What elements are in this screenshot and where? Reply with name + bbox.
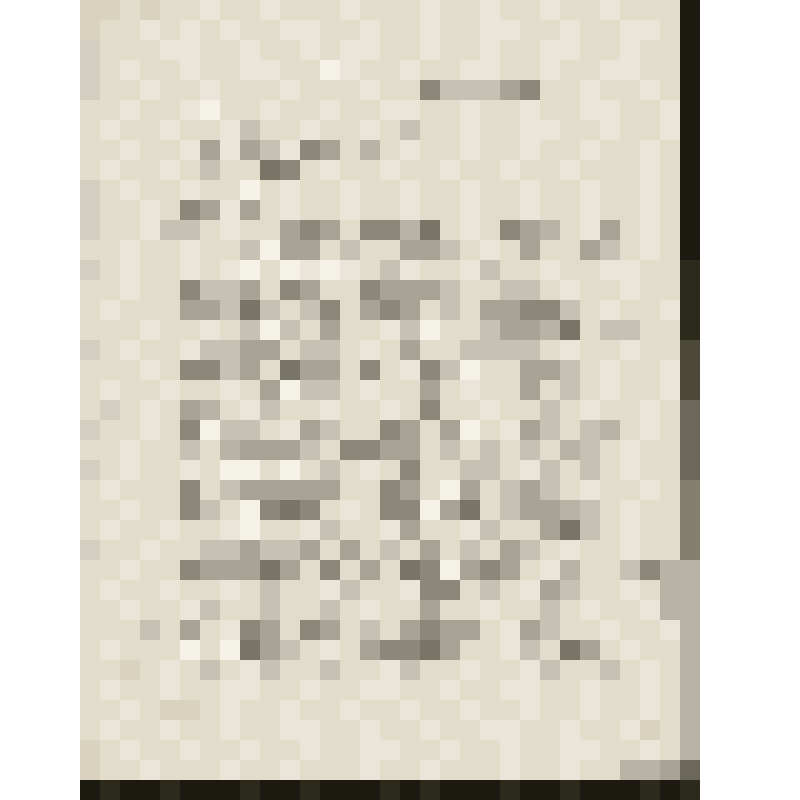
- mosaic-cell: [460, 400, 480, 420]
- mosaic-cell: [480, 0, 500, 20]
- mosaic-cell: [600, 620, 620, 640]
- mosaic-cell: [500, 680, 520, 700]
- mosaic-cell: [140, 260, 160, 280]
- mosaic-cell: [680, 240, 700, 260]
- mosaic-cell: [460, 80, 480, 100]
- mosaic-cell: [480, 480, 500, 500]
- mosaic-cell: [280, 740, 300, 760]
- mosaic-cell: [320, 40, 340, 60]
- mosaic-cell: [140, 0, 160, 20]
- mosaic-cell: [340, 480, 360, 500]
- mosaic-cell: [220, 220, 240, 240]
- mosaic-cell: [120, 480, 140, 500]
- mosaic-cell: [300, 600, 320, 620]
- mosaic-cell: [220, 580, 240, 600]
- mosaic-cell: [580, 460, 600, 480]
- mosaic-cell: [560, 460, 580, 480]
- mosaic-cell: [660, 320, 680, 340]
- mosaic-cell: [140, 340, 160, 360]
- mosaic-cell: [240, 320, 260, 340]
- mosaic-cell: [40, 280, 60, 300]
- mosaic-cell: [640, 680, 660, 700]
- mosaic-cell: [700, 220, 720, 240]
- mosaic-cell: [320, 120, 340, 140]
- mosaic-cell: [700, 720, 720, 740]
- mosaic-cell: [0, 500, 20, 520]
- mosaic-cell: [620, 400, 640, 420]
- mosaic-cell: [160, 40, 180, 60]
- mosaic-cell: [0, 40, 20, 60]
- mosaic-cell: [240, 100, 260, 120]
- mosaic-cell: [460, 500, 480, 520]
- mosaic-cell: [180, 160, 200, 180]
- mosaic-cell: [400, 100, 420, 120]
- mosaic-cell: [420, 440, 440, 460]
- mosaic-cell: [140, 300, 160, 320]
- mosaic-cell: [760, 240, 780, 260]
- mosaic-cell: [600, 220, 620, 240]
- mosaic-cell: [780, 600, 800, 620]
- mosaic-cell: [0, 320, 20, 340]
- mosaic-cell: [300, 620, 320, 640]
- mosaic-cell: [60, 640, 80, 660]
- mosaic-cell: [200, 480, 220, 500]
- mosaic-cell: [220, 20, 240, 40]
- mosaic-cell: [700, 760, 720, 780]
- mosaic-cell: [700, 420, 720, 440]
- mosaic-cell: [60, 780, 80, 800]
- mosaic-cell: [520, 180, 540, 200]
- mosaic-cell: [460, 20, 480, 40]
- mosaic-cell: [700, 780, 720, 800]
- mosaic-cell: [380, 80, 400, 100]
- mosaic-cell: [260, 300, 280, 320]
- mosaic-cell: [160, 360, 180, 380]
- mosaic-cell: [560, 200, 580, 220]
- mosaic-cell: [260, 240, 280, 260]
- mosaic-cell: [760, 760, 780, 780]
- mosaic-cell: [300, 440, 320, 460]
- mosaic-cell: [420, 560, 440, 580]
- mosaic-cell: [460, 0, 480, 20]
- mosaic-cell: [120, 600, 140, 620]
- mosaic-cell: [280, 780, 300, 800]
- mosaic-cell: [540, 740, 560, 760]
- mosaic-cell: [760, 340, 780, 360]
- mosaic-cell: [20, 80, 40, 100]
- mosaic-cell: [540, 120, 560, 140]
- mosaic-cell: [640, 500, 660, 520]
- mosaic-cell: [220, 620, 240, 640]
- mosaic-cell: [240, 420, 260, 440]
- mosaic-cell: [620, 100, 640, 120]
- mosaic-cell: [40, 480, 60, 500]
- mosaic-cell: [420, 520, 440, 540]
- mosaic-cell: [760, 100, 780, 120]
- mosaic-cell: [60, 360, 80, 380]
- mosaic-cell: [780, 380, 800, 400]
- mosaic-cell: [680, 780, 700, 800]
- mosaic-cell: [680, 520, 700, 540]
- mosaic-cell: [780, 360, 800, 380]
- mosaic-cell: [120, 300, 140, 320]
- mosaic-cell: [140, 460, 160, 480]
- mosaic-cell: [500, 260, 520, 280]
- mosaic-cell: [480, 340, 500, 360]
- mosaic-cell: [120, 640, 140, 660]
- mosaic-cell: [360, 300, 380, 320]
- mosaic-cell: [280, 160, 300, 180]
- mosaic-cell: [20, 680, 40, 700]
- mosaic-cell: [580, 640, 600, 660]
- mosaic-cell: [220, 520, 240, 540]
- mosaic-cell: [580, 340, 600, 360]
- mosaic-cell: [0, 360, 20, 380]
- mosaic-cell: [40, 500, 60, 520]
- mosaic-cell: [100, 400, 120, 420]
- mosaic-cell: [720, 320, 740, 340]
- mosaic-cell: [340, 460, 360, 480]
- mosaic-cell: [640, 260, 660, 280]
- mosaic-cell: [620, 520, 640, 540]
- mosaic-cell: [160, 640, 180, 660]
- mosaic-cell: [280, 220, 300, 240]
- mosaic-cell: [440, 160, 460, 180]
- mosaic-cell: [0, 640, 20, 660]
- mosaic-cell: [540, 760, 560, 780]
- mosaic-cell: [100, 460, 120, 480]
- mosaic-cell: [620, 200, 640, 220]
- mosaic-cell: [220, 440, 240, 460]
- mosaic-cell: [120, 220, 140, 240]
- mosaic-cell: [0, 520, 20, 540]
- mosaic-cell: [360, 400, 380, 420]
- mosaic-cell: [580, 280, 600, 300]
- mosaic-cell: [240, 540, 260, 560]
- mosaic-cell: [660, 720, 680, 740]
- mosaic-cell: [280, 60, 300, 80]
- mosaic-cell: [0, 120, 20, 140]
- mosaic-cell: [380, 120, 400, 140]
- mosaic-cell: [540, 280, 560, 300]
- mosaic-cell: [740, 220, 760, 240]
- mosaic-cell: [400, 40, 420, 60]
- mosaic-cell: [520, 720, 540, 740]
- mosaic-cell: [140, 420, 160, 440]
- mosaic-cell: [40, 0, 60, 20]
- mosaic-cell: [520, 740, 540, 760]
- mosaic-cell: [220, 160, 240, 180]
- mosaic-cell: [460, 340, 480, 360]
- mosaic-cell: [720, 460, 740, 480]
- mosaic-cell: [360, 180, 380, 200]
- mosaic-cell: [520, 140, 540, 160]
- mosaic-cell: [200, 680, 220, 700]
- mosaic-cell: [640, 360, 660, 380]
- mosaic-cell: [440, 720, 460, 740]
- mosaic-cell: [720, 400, 740, 420]
- mosaic-cell: [120, 660, 140, 680]
- mosaic-cell: [640, 400, 660, 420]
- mosaic-cell: [60, 760, 80, 780]
- mosaic-cell: [300, 20, 320, 40]
- mosaic-cell: [260, 220, 280, 240]
- mosaic-cell: [0, 60, 20, 80]
- mosaic-cell: [320, 580, 340, 600]
- mosaic-cell: [40, 420, 60, 440]
- mosaic-cell: [140, 500, 160, 520]
- mosaic-cell: [80, 480, 100, 500]
- mosaic-cell: [100, 420, 120, 440]
- mosaic-cell: [220, 120, 240, 140]
- mosaic-cell: [340, 260, 360, 280]
- mosaic-cell: [700, 380, 720, 400]
- mosaic-cell: [460, 420, 480, 440]
- mosaic-cell: [580, 20, 600, 40]
- mosaic-cell: [100, 40, 120, 60]
- mosaic-cell: [300, 240, 320, 260]
- mosaic-cell: [120, 520, 140, 540]
- mosaic-cell: [420, 600, 440, 620]
- mosaic-cell: [520, 340, 540, 360]
- mosaic-cell: [540, 220, 560, 240]
- mosaic-cell: [760, 40, 780, 60]
- mosaic-cell: [180, 360, 200, 380]
- mosaic-cell: [320, 500, 340, 520]
- mosaic-cell: [560, 720, 580, 740]
- mosaic-cell: [160, 80, 180, 100]
- mosaic-cell: [360, 580, 380, 600]
- mosaic-cell: [400, 260, 420, 280]
- mosaic-cell: [600, 140, 620, 160]
- mosaic-cell: [220, 720, 240, 740]
- mosaic-cell: [100, 100, 120, 120]
- mosaic-cell: [0, 660, 20, 680]
- mosaic-cell: [40, 380, 60, 400]
- mosaic-cell: [320, 140, 340, 160]
- mosaic-cell: [80, 220, 100, 240]
- mosaic-cell: [440, 540, 460, 560]
- mosaic-cell: [80, 700, 100, 720]
- mosaic-cell: [640, 300, 660, 320]
- mosaic-cell: [0, 460, 20, 480]
- mosaic-cell: [260, 180, 280, 200]
- mosaic-cell: [620, 700, 640, 720]
- mosaic-cell: [220, 480, 240, 500]
- mosaic-cell: [580, 100, 600, 120]
- mosaic-cell: [60, 540, 80, 560]
- mosaic-cell: [0, 600, 20, 620]
- mosaic-cell: [720, 60, 740, 80]
- mosaic-cell: [180, 140, 200, 160]
- mosaic-cell: [400, 560, 420, 580]
- mosaic-cell: [540, 700, 560, 720]
- mosaic-cell: [100, 600, 120, 620]
- mosaic-cell: [420, 180, 440, 200]
- mosaic-cell: [720, 240, 740, 260]
- mosaic-cell: [260, 540, 280, 560]
- mosaic-cell: [380, 220, 400, 240]
- mosaic-cell: [320, 280, 340, 300]
- mosaic-cell: [240, 200, 260, 220]
- mosaic-cell: [240, 560, 260, 580]
- mosaic-cell: [720, 80, 740, 100]
- mosaic-cell: [180, 180, 200, 200]
- mosaic-cell: [160, 120, 180, 140]
- mosaic-cell: [0, 680, 20, 700]
- mosaic-cell: [40, 620, 60, 640]
- mosaic-cell: [780, 540, 800, 560]
- mosaic-cell: [680, 440, 700, 460]
- mosaic-cell: [520, 80, 540, 100]
- mosaic-cell: [640, 600, 660, 620]
- mosaic-cell: [260, 160, 280, 180]
- mosaic-cell: [120, 380, 140, 400]
- mosaic-cell: [600, 40, 620, 60]
- mosaic-cell: [280, 140, 300, 160]
- mosaic-cell: [200, 460, 220, 480]
- mosaic-cell: [240, 20, 260, 40]
- mosaic-cell: [380, 600, 400, 620]
- mosaic-cell: [320, 420, 340, 440]
- mosaic-cell: [380, 520, 400, 540]
- mosaic-cell: [540, 0, 560, 20]
- mosaic-cell: [0, 580, 20, 600]
- mosaic-cell: [700, 160, 720, 180]
- mosaic-cell: [480, 180, 500, 200]
- mosaic-cell: [760, 520, 780, 540]
- mosaic-cell: [620, 20, 640, 40]
- mosaic-cell: [420, 340, 440, 360]
- mosaic-cell: [260, 40, 280, 60]
- mosaic-cell: [720, 200, 740, 220]
- mosaic-cell: [660, 520, 680, 540]
- mosaic-cell: [120, 160, 140, 180]
- mosaic-cell: [660, 200, 680, 220]
- mosaic-cell: [460, 520, 480, 540]
- mosaic-cell: [780, 440, 800, 460]
- mosaic-cell: [480, 280, 500, 300]
- mosaic-cell: [760, 620, 780, 640]
- mosaic-cell: [280, 240, 300, 260]
- mosaic-cell: [100, 520, 120, 540]
- mosaic-cell: [440, 20, 460, 40]
- mosaic-cell: [320, 100, 340, 120]
- mosaic-cell: [440, 320, 460, 340]
- mosaic-cell: [540, 180, 560, 200]
- mosaic-cell: [740, 200, 760, 220]
- mosaic-cell: [280, 480, 300, 500]
- mosaic-cell: [740, 700, 760, 720]
- mosaic-cell: [340, 340, 360, 360]
- mosaic-cell: [40, 700, 60, 720]
- mosaic-cell: [340, 240, 360, 260]
- mosaic-cell: [200, 700, 220, 720]
- mosaic-cell: [20, 660, 40, 680]
- mosaic-cell: [100, 160, 120, 180]
- mosaic-cell: [560, 700, 580, 720]
- mosaic-cell: [460, 280, 480, 300]
- mosaic-cell: [640, 80, 660, 100]
- mosaic-cell: [120, 620, 140, 640]
- mosaic-cell: [60, 120, 80, 140]
- mosaic-cell: [560, 120, 580, 140]
- mosaic-cell: [620, 720, 640, 740]
- mosaic-cell: [600, 60, 620, 80]
- mosaic-cell: [700, 600, 720, 620]
- mosaic-cell: [500, 100, 520, 120]
- mosaic-cell: [220, 140, 240, 160]
- mosaic-cell: [580, 560, 600, 580]
- mosaic-cell: [140, 160, 160, 180]
- mosaic-cell: [300, 460, 320, 480]
- mosaic-cell: [300, 60, 320, 80]
- mosaic-cell: [360, 380, 380, 400]
- mosaic-cell: [260, 480, 280, 500]
- mosaic-cell: [40, 660, 60, 680]
- mosaic-cell: [380, 580, 400, 600]
- mosaic-cell: [680, 740, 700, 760]
- mosaic-cell: [140, 600, 160, 620]
- mosaic-cell: [80, 660, 100, 680]
- mosaic-cell: [60, 740, 80, 760]
- mosaic-cell: [700, 540, 720, 560]
- mosaic-cell: [140, 740, 160, 760]
- mosaic-cell: [60, 200, 80, 220]
- mosaic-cell: [300, 340, 320, 360]
- mosaic-cell: [240, 260, 260, 280]
- mosaic-cell: [80, 80, 100, 100]
- mosaic-cell: [0, 780, 20, 800]
- mosaic-cell: [60, 500, 80, 520]
- mosaic-cell: [360, 320, 380, 340]
- mosaic-cell: [680, 300, 700, 320]
- mosaic-cell: [420, 760, 440, 780]
- mosaic-cell: [360, 120, 380, 140]
- mosaic-cell: [600, 340, 620, 360]
- mosaic-cell: [120, 360, 140, 380]
- mosaic-cell: [280, 660, 300, 680]
- mosaic-cell: [40, 180, 60, 200]
- mosaic-cell: [780, 260, 800, 280]
- mosaic-cell: [420, 320, 440, 340]
- mosaic-cell: [340, 140, 360, 160]
- mosaic-cell: [20, 780, 40, 800]
- mosaic-cell: [520, 680, 540, 700]
- mosaic-cell: [140, 200, 160, 220]
- mosaic-cell: [460, 660, 480, 680]
- mosaic-cell: [640, 160, 660, 180]
- mosaic-cell: [140, 20, 160, 40]
- mosaic-cell: [480, 520, 500, 540]
- mosaic-cell: [140, 40, 160, 60]
- mosaic-cell: [260, 520, 280, 540]
- mosaic-cell: [200, 240, 220, 260]
- mosaic-cell: [380, 760, 400, 780]
- mosaic-cell: [60, 660, 80, 680]
- mosaic-cell: [40, 540, 60, 560]
- mosaic-cell: [600, 500, 620, 520]
- mosaic-cell: [660, 40, 680, 60]
- mosaic-cell: [340, 420, 360, 440]
- mosaic-cell: [680, 480, 700, 500]
- mosaic-cell: [440, 260, 460, 280]
- mosaic-cell: [160, 480, 180, 500]
- mosaic-cell: [380, 200, 400, 220]
- mosaic-cell: [40, 320, 60, 340]
- mosaic-cell: [280, 340, 300, 360]
- mosaic-cell: [220, 280, 240, 300]
